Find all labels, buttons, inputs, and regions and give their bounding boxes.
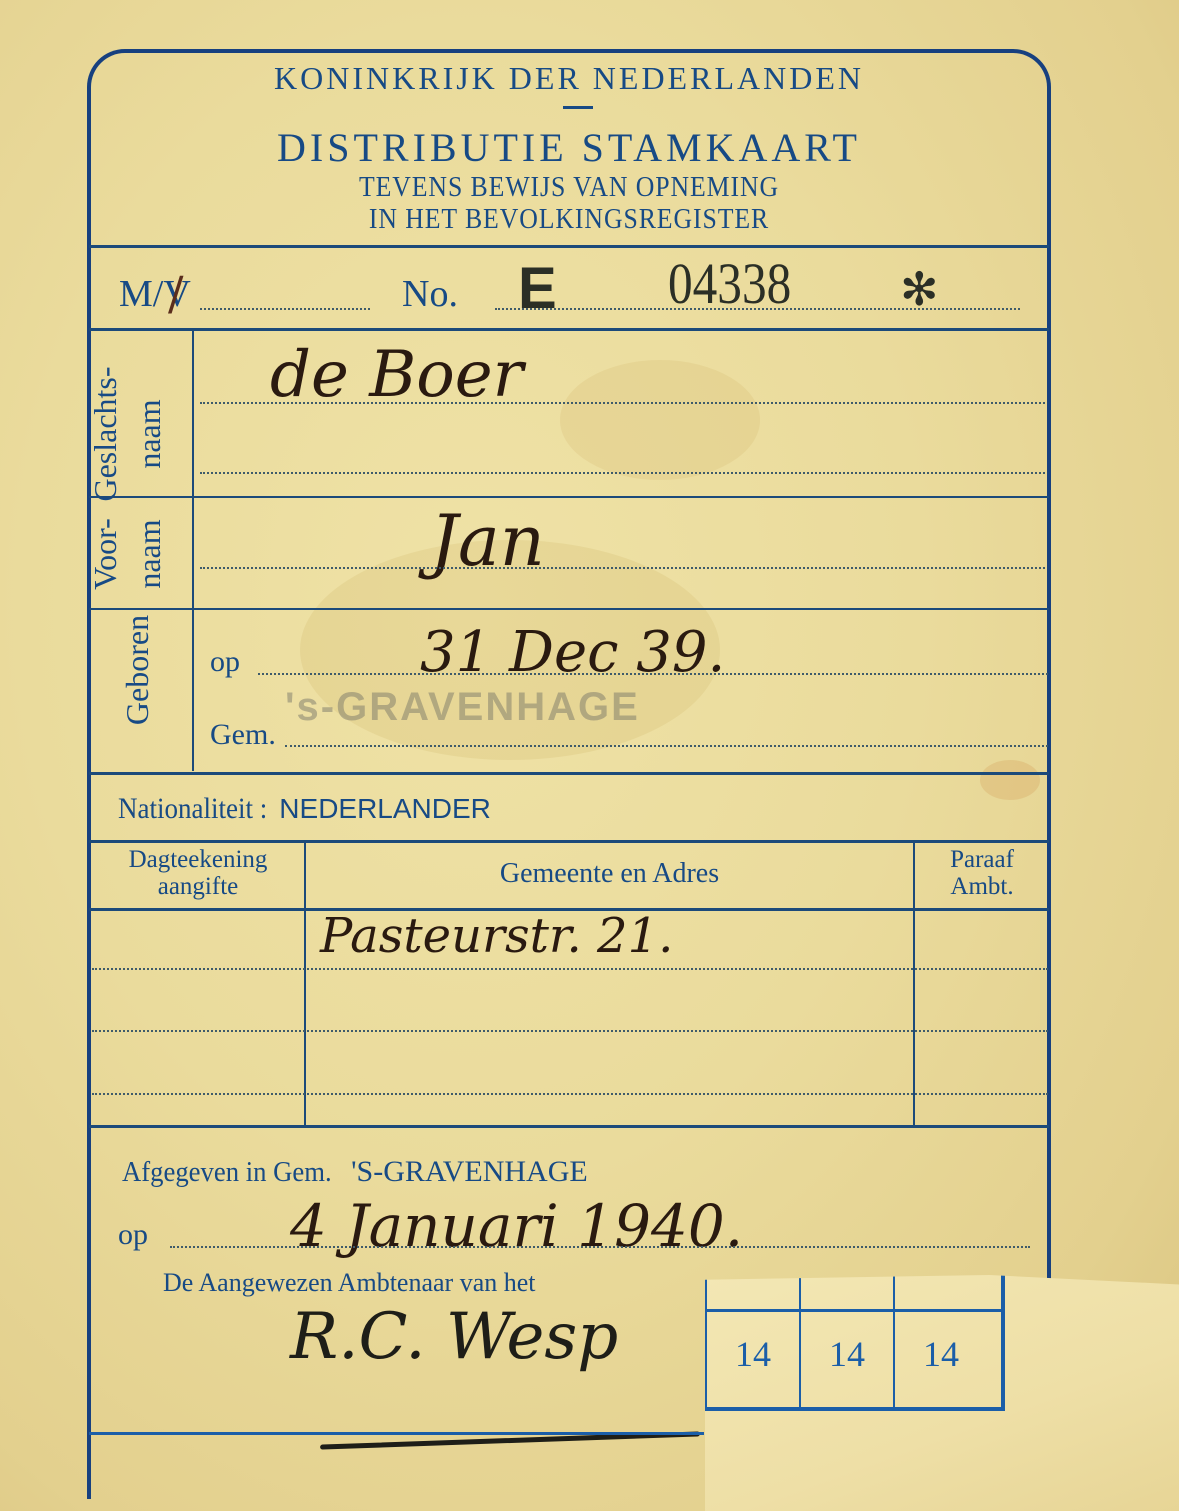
series-letter: E <box>518 255 557 322</box>
issued-label: Afgegeven in Gem. <box>122 1156 332 1189</box>
coupon-grid: 14 14 14 <box>705 1275 1005 1411</box>
coupon-cell: 14 <box>735 1333 771 1375</box>
divider <box>89 840 1049 843</box>
card-number: 04338 <box>668 250 791 317</box>
col-date-header: Dagteekening aangifte <box>92 846 304 900</box>
issued-row: Afgegeven in Gem. 'S-GRAVENHAGE <box>122 1155 588 1189</box>
nationality-label: Nationaliteit : <box>118 792 267 826</box>
label-column-divider <box>192 331 194 771</box>
divider <box>89 496 1049 498</box>
divider <box>89 1125 1049 1128</box>
col-initials-header: Paraaf Ambt. <box>915 846 1049 900</box>
dotted-line <box>200 567 1045 569</box>
kingdom-title: KONINKRIJK DER NEDERLANDEN <box>87 60 1051 97</box>
surname-value: de Boer <box>270 338 523 412</box>
dotted-line <box>200 308 370 310</box>
card-title: DISTRIBUTIE STAMKAART <box>87 124 1051 171</box>
card-subtitle-2: IN HET BEVOLKINGSREGISTER <box>126 204 1013 236</box>
divider <box>89 772 1049 775</box>
dotted-line <box>92 968 1048 970</box>
dotted-line <box>258 673 1048 675</box>
dotted-line <box>200 472 1045 474</box>
official-label: De Aangewezen Ambtenaar van het <box>163 1268 536 1298</box>
number-label: No. <box>402 272 458 316</box>
dotted-line <box>92 1093 1048 1095</box>
born-gem-label: Gem. <box>210 718 276 752</box>
born-on-label: op <box>210 645 240 679</box>
card-subtitle-1: TEVENS BEWIJS VAN OPNEMING <box>126 172 1013 204</box>
dotted-line <box>200 402 1045 404</box>
col-address-header: Gemeente en Adres <box>306 858 913 890</box>
dotted-line <box>92 1030 1048 1032</box>
issued-place: 'S-GRAVENHAGE <box>351 1155 588 1188</box>
strike-mark: / <box>168 266 184 320</box>
official-signature: R.C. Wesp <box>290 1300 618 1374</box>
issued-on-label: op <box>118 1218 148 1252</box>
birth-date-value: 31 Dec 39. <box>420 620 725 685</box>
divider <box>89 328 1049 331</box>
dotted-line <box>170 1246 1030 1248</box>
address-value: Pasteurstr. 21. <box>320 908 673 964</box>
nationality-value: NEDERLANDER <box>279 793 491 824</box>
title-divider <box>563 106 593 109</box>
divider <box>89 1432 704 1435</box>
issued-date-value: 4 Januari 1940. <box>290 1192 743 1260</box>
coupon-cell: 14 <box>829 1333 865 1375</box>
coupon-cell: 14 <box>923 1333 959 1375</box>
divider <box>89 245 1049 248</box>
ration-coupon-stub: 14 14 14 <box>705 1275 1179 1511</box>
birthplace-stamp: 's-GRAVENHAGE <box>285 685 640 730</box>
divider <box>89 608 1049 610</box>
dotted-line <box>285 745 1048 747</box>
nationality-row: Nationaliteit : NEDERLANDER <box>118 792 491 826</box>
born-label: Geboren <box>115 590 159 750</box>
firstname-value: Jan <box>430 500 545 582</box>
dotted-line <box>495 308 1020 310</box>
